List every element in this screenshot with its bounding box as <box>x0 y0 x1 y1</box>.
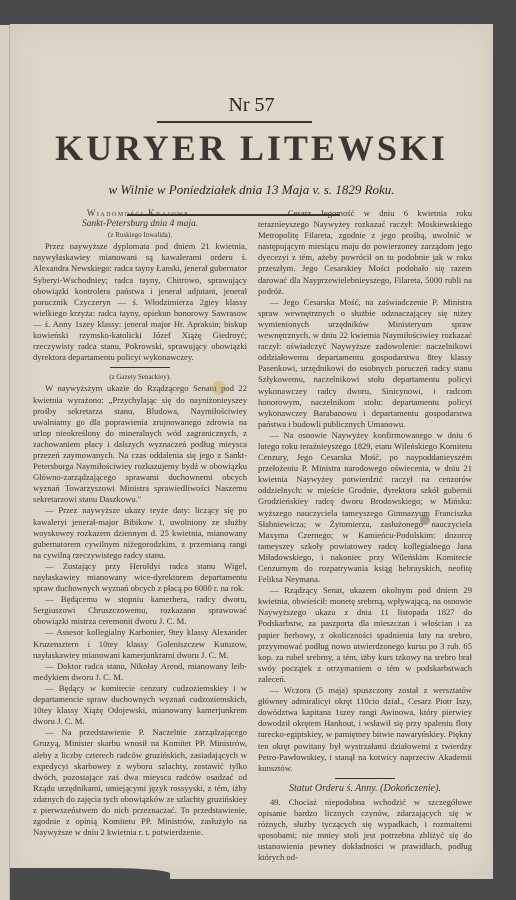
article-paragraph: — Rządzący Senat, ukazem okolnym pod dni… <box>258 585 472 685</box>
issue-number: Nr 57 <box>10 94 493 117</box>
source-note: (z Ruskiego Inwalida). <box>33 230 247 241</box>
article-paragraph: — Będącemu w stopniu kamerhera, radcy dw… <box>33 594 247 627</box>
article-paragraph: — Będący w komitecie cenzury cudzoziemsk… <box>33 683 247 727</box>
paper-stain <box>212 381 226 395</box>
article-paragraph: Przez naywyższe dyplomata pod dniem 21 k… <box>33 241 247 363</box>
separator-rule <box>335 778 395 779</box>
issue-number-value: 57 <box>255 94 275 116</box>
article-paragraph: — Jego Cesarska Mość, na zaświadczenie P… <box>258 297 472 430</box>
article-paragraph: — Doktor radca stanu, Nikołay Arend, mia… <box>33 661 247 683</box>
masthead-title: KURYER LITEWSKI <box>10 127 493 169</box>
article-paragraph: — Zostający przy Heroldyi radca stanu Wi… <box>33 561 247 594</box>
right-column: — Cesarz Jegomość w dniu 6 kwietnia roku… <box>258 208 472 863</box>
issue-label: Nr <box>228 94 249 116</box>
article-paragraph: — Na przedstawienie P. Naczelnie zarządz… <box>33 727 247 838</box>
statute-title: Statut Orderu ś. Anny. (Dokończenie). <box>258 783 472 794</box>
section-heading: Wiadomości Krajowe. <box>33 208 247 219</box>
article-paragraph: — Przez naywyższe ukazy teyże daty: licz… <box>33 505 247 560</box>
place-date: Sankt-Petersburg dnia 4 maja. <box>33 219 247 230</box>
article-paragraph: W naywyższym ukazie do Rządzącego Senatu… <box>33 383 247 505</box>
torn-edge <box>10 868 170 882</box>
ink-blot <box>420 515 430 525</box>
article-paragraph: 49. Chociaż niepodobna wchodzić w szczeg… <box>258 797 472 864</box>
article-paragraph: — Cesarz Jegomość w dniu 6 kwietnia roku… <box>258 208 472 297</box>
article-paragraph: — Na osnowie Naywyżey konfirmowanego w d… <box>258 430 472 585</box>
article-paragraph: — Assesor kollegialny Karbonier, 9tey kl… <box>33 627 247 660</box>
article-paragraph: — Wczora (5 maja) spuszczony został z we… <box>258 685 472 774</box>
dateline: w Wilnie w Poniedziałek dnia 13 Maja v. … <box>10 182 493 198</box>
left-column: Wiadomości Krajowe. Sankt-Petersburg dni… <box>33 208 247 838</box>
previous-page-edge <box>0 25 10 900</box>
header-rule-top <box>157 121 312 123</box>
separator-rule <box>110 367 170 368</box>
